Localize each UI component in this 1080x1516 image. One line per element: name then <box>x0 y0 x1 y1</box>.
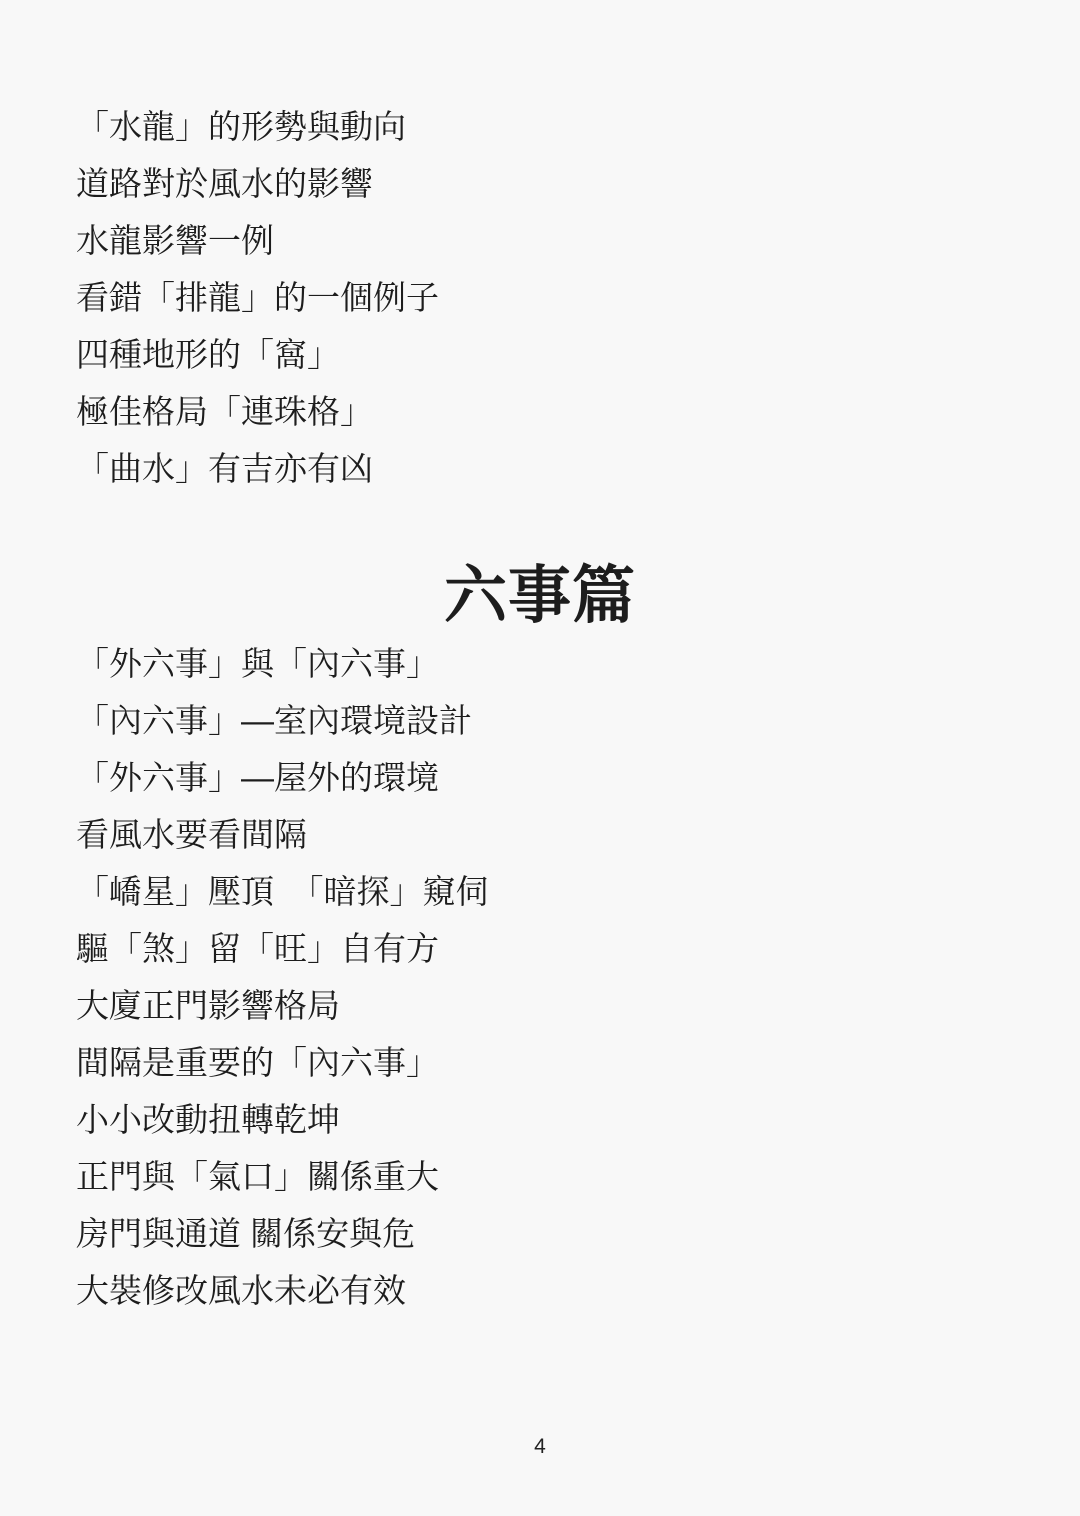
book-page: 「水龍」的形勢與動向 道路對於風水的影響 水龍影響一例 看錯「排龍」的一個例子 … <box>0 0 1080 1516</box>
toc-entry: 「外六事」與「內六事」 <box>76 635 489 692</box>
page-number: 4 <box>0 1433 1080 1461</box>
toc-section-2: 「外六事」與「內六事」 「內六事」—室內環境設計 「外六事」—屋外的環境 看風水… <box>76 635 489 1319</box>
toc-entry: 看錯「排龍」的一個例子 <box>76 269 439 326</box>
toc-entry: 驅「煞」留「旺」自有方 <box>76 920 489 977</box>
toc-entry: 「內六事」—室內環境設計 <box>76 692 489 749</box>
toc-entry: 「曲水」有吉亦有凶 <box>76 440 439 497</box>
toc-entry: 「水龍」的形勢與動向 <box>76 98 439 155</box>
toc-entry: 大廈正門影響格局 <box>76 977 489 1034</box>
toc-entry: 水龍影響一例 <box>76 212 439 269</box>
toc-entry: 大裝修改風水未必有效 <box>76 1262 489 1319</box>
toc-entry: 間隔是重要的「內六事」 <box>76 1034 489 1091</box>
toc-entry: 房門與通道 關係安與危 <box>76 1205 489 1262</box>
toc-entry: 小小改動扭轉乾坤 <box>76 1091 489 1148</box>
toc-section-1: 「水龍」的形勢與動向 道路對於風水的影響 水龍影響一例 看錯「排龍」的一個例子 … <box>76 98 439 497</box>
toc-entry: 四種地形的「窩」 <box>76 326 439 383</box>
toc-entry: 看風水要看間隔 <box>76 806 489 863</box>
toc-entry: 道路對於風水的影響 <box>76 155 439 212</box>
toc-entry: 「外六事」—屋外的環境 <box>76 749 489 806</box>
section-heading: 六事篇 <box>0 556 1080 636</box>
toc-entry: 正門與「氣口」關係重大 <box>76 1148 489 1205</box>
toc-entry: 極佳格局「連珠格」 <box>76 383 439 440</box>
toc-entry: 「嶠星」壓頂 「暗探」窺伺 <box>76 863 489 920</box>
